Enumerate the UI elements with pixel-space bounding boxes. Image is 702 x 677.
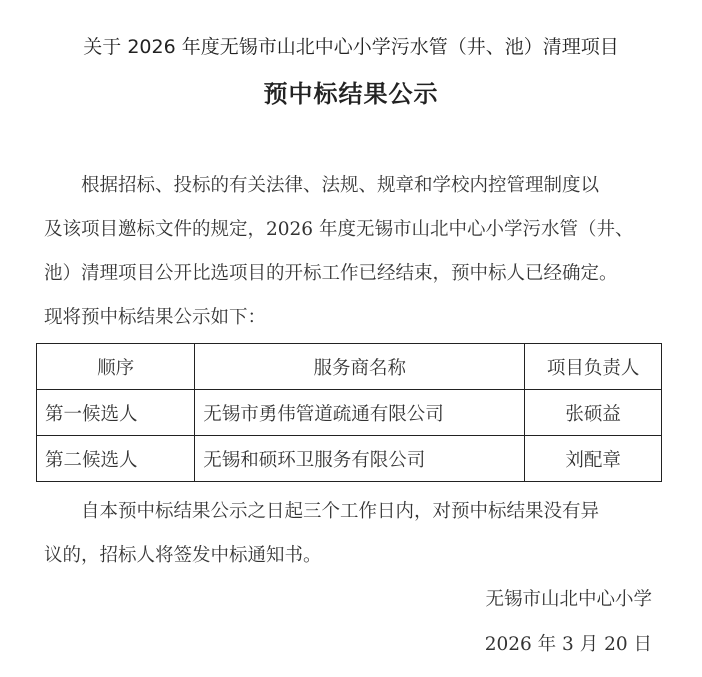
table-header-row: 顺序 服务商名称 项目负责人 — [37, 344, 662, 390]
header-manager: 项目负责人 — [525, 344, 662, 390]
table-row: 第二候选人 无锡和硕环卫服务有限公司 刘配章 — [37, 436, 662, 482]
cell-order: 第一候选人 — [37, 390, 195, 436]
results-table: 顺序 服务商名称 项目负责人 第一候选人 无锡市勇伟管道疏通有限公司 张硕益 第… — [36, 343, 662, 482]
intro-line-1: 根据招标、投标的有关法律、法规、规章和学校内控管理制度以 — [44, 164, 660, 208]
signature-organization: 无锡市山北中心小学 — [485, 585, 652, 611]
closing-line-2: 议的，招标人将签发中标通知书。 — [44, 534, 660, 578]
intro-line-4: 现将预中标结果公示如下： — [44, 296, 660, 340]
cell-manager: 刘配章 — [525, 436, 662, 482]
document-title: 关于 2026 年度无锡市山北中心小学污水管（井、池）清理项目 — [0, 34, 702, 60]
intro-line-3: 池）清理项目公开比选项目的开标工作已经结束，预中标人已经确定。 — [44, 252, 660, 296]
closing-line-1: 自本预中标结果公示之日起三个工作日内，对预中标结果没有异 — [44, 490, 660, 534]
intro-line-2: 及该项目邀标文件的规定，2026 年度无锡市山北中心小学污水管（井、 — [44, 208, 660, 252]
document-subtitle: 预中标结果公示 — [0, 78, 702, 110]
cell-company: 无锡和硕环卫服务有限公司 — [195, 436, 525, 482]
signature-date: 2026 年 3 月 20 日 — [485, 630, 652, 656]
header-order: 顺序 — [37, 344, 195, 390]
intro-paragraph: 根据招标、投标的有关法律、法规、规章和学校内控管理制度以 及该项目邀标文件的规定… — [44, 164, 660, 340]
closing-paragraph: 自本预中标结果公示之日起三个工作日内，对预中标结果没有异 议的，招标人将签发中标… — [44, 490, 660, 578]
cell-company: 无锡市勇伟管道疏通有限公司 — [195, 390, 525, 436]
table-row: 第一候选人 无锡市勇伟管道疏通有限公司 张硕益 — [37, 390, 662, 436]
cell-order: 第二候选人 — [37, 436, 195, 482]
cell-manager: 张硕益 — [525, 390, 662, 436]
header-company: 服务商名称 — [195, 344, 525, 390]
